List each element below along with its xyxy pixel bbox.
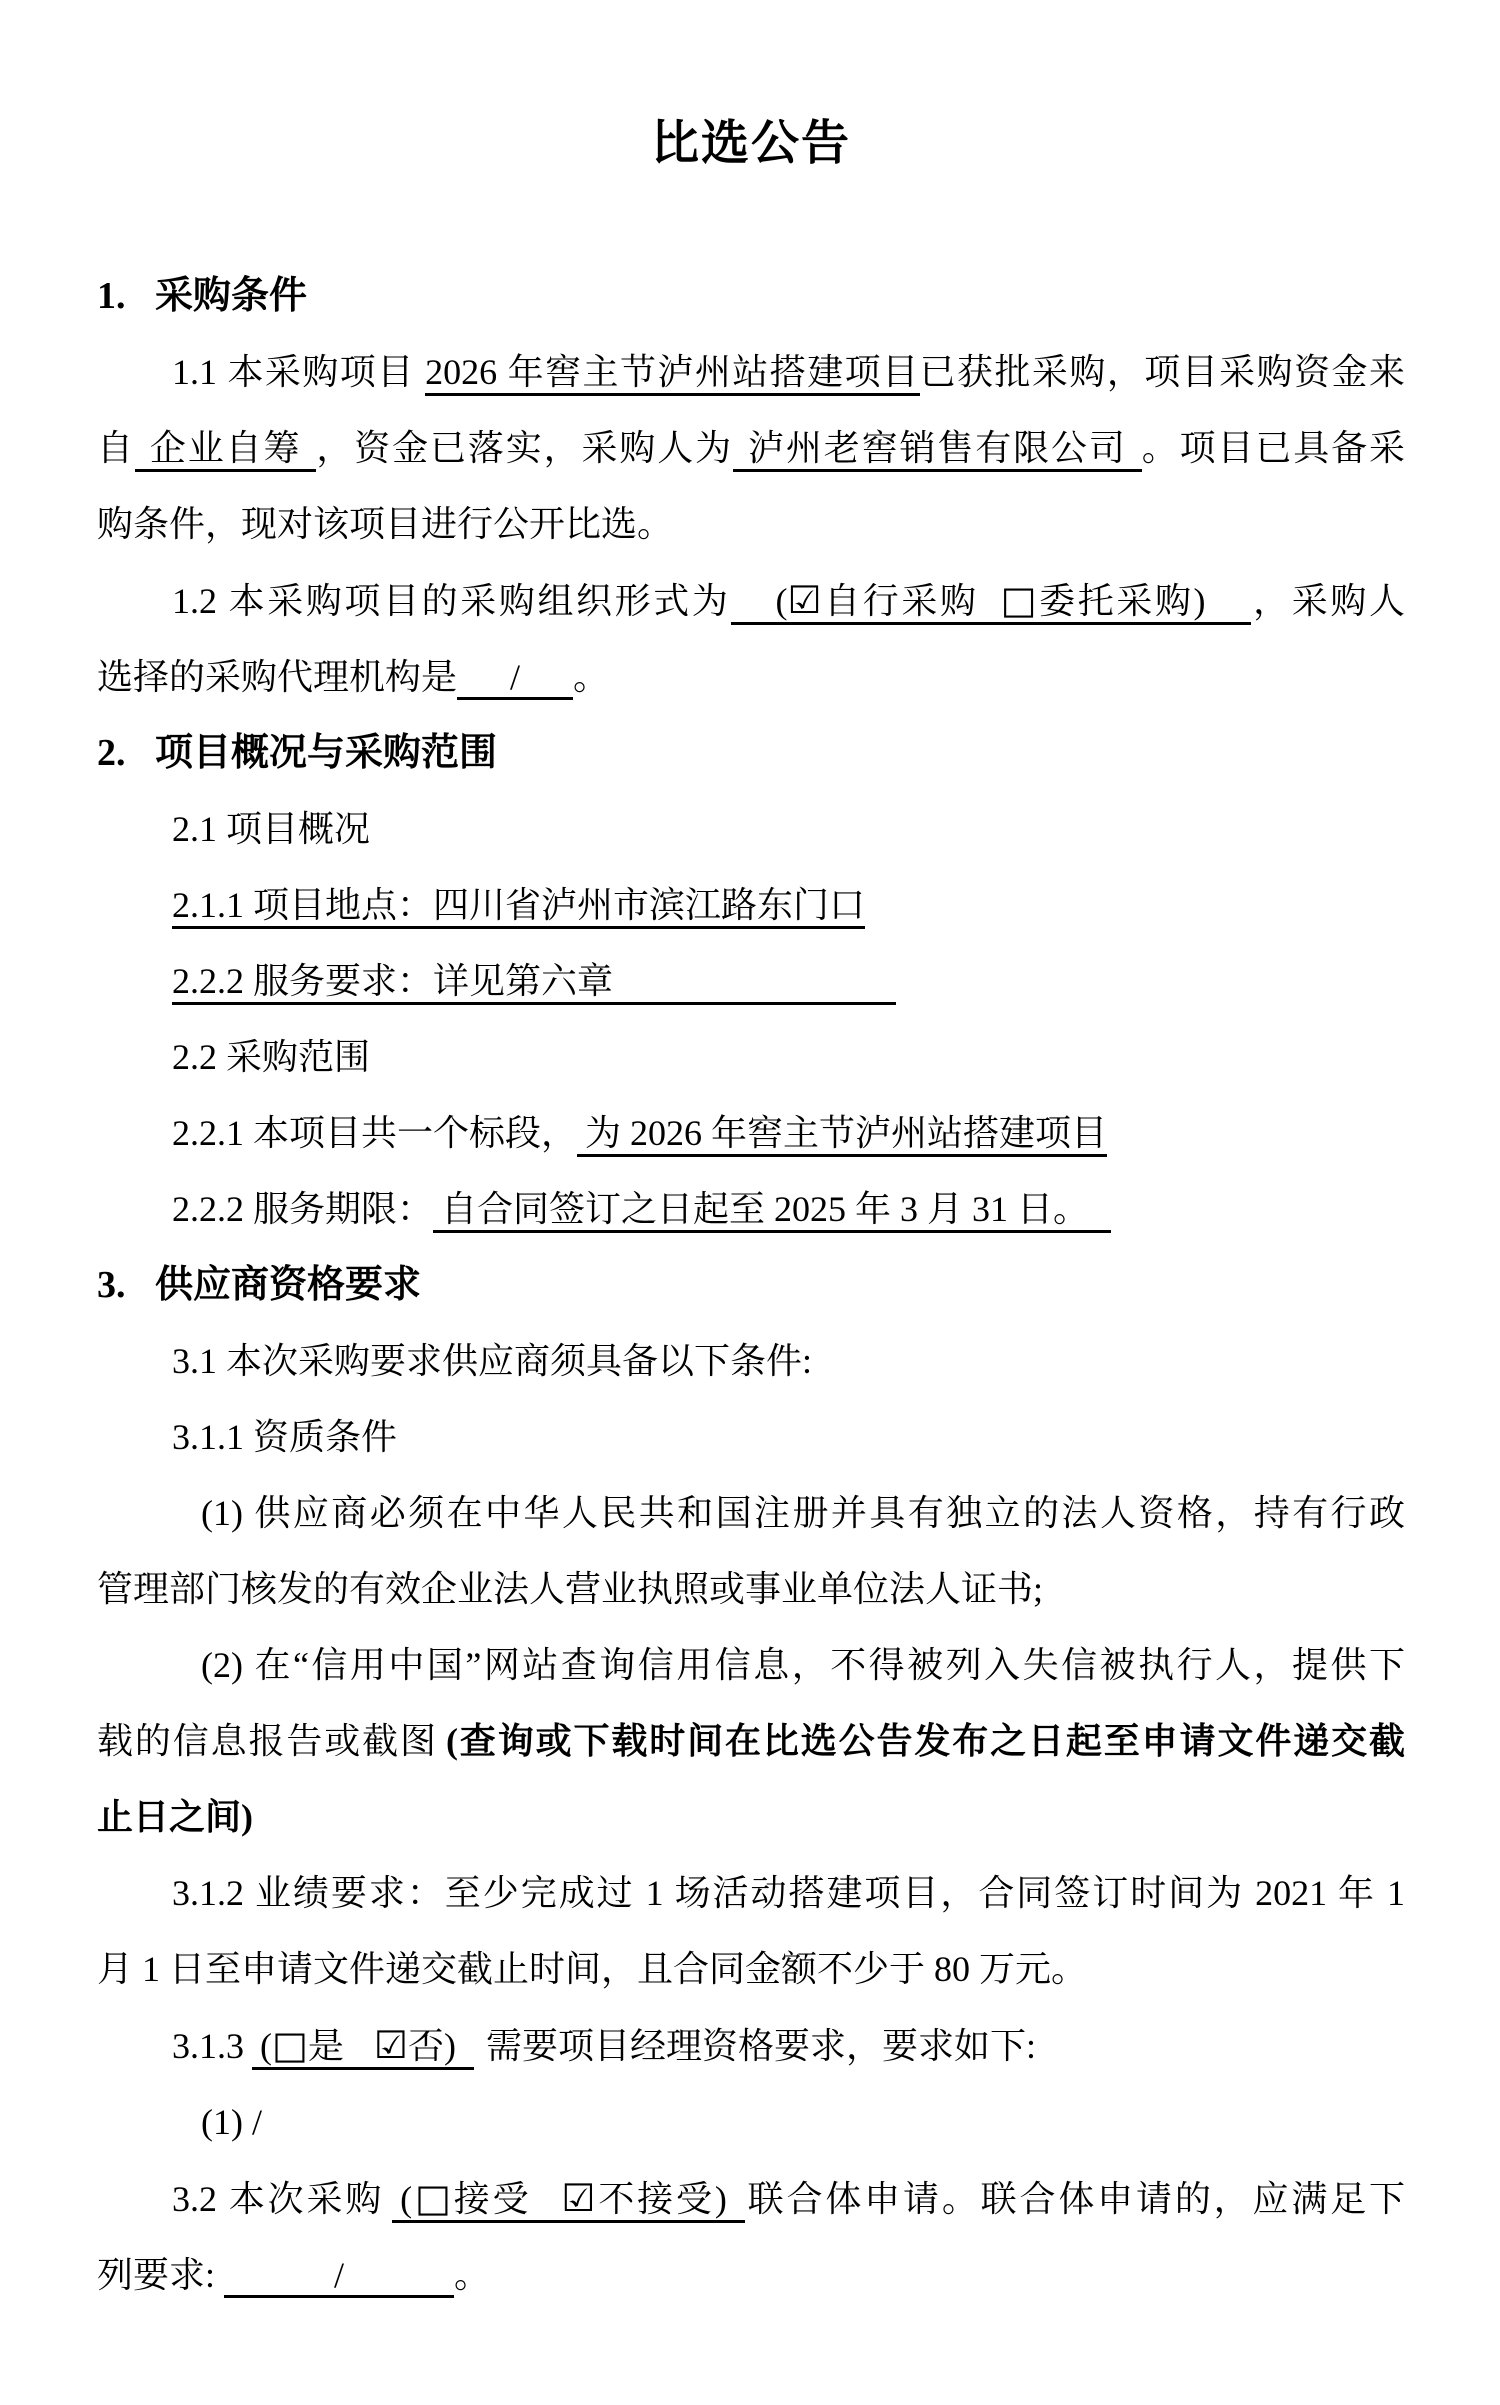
text-run: 3.1.2 业绩要求：至少完成过 1 场活动搭建项目，合同签订时间为 2021 … <box>172 1873 1405 1913</box>
text-run: 3.1 本次采购要求供应商须具备以下条件: <box>172 1341 812 1381</box>
para-2-1: 2.1 项目概况 <box>97 791 1405 867</box>
option-no: 否) <box>408 2026 456 2066</box>
para-3-1-2-line-1: 3.1.2 业绩要求：至少完成过 1 场活动搭建项目，合同签订时间为 2021 … <box>97 1855 1405 1931</box>
underline-procurement-form: (☑自行采购□委托采购) <box>731 581 1251 625</box>
para-3-2-line-2: 列要求: /。 <box>97 2237 1405 2313</box>
checkbox-unchecked-icon: □ <box>272 2023 308 2067</box>
text-run: (1) 供应商必须在中华人民共和国注册并具有独立的法人资格，持有行政 <box>201 1493 1405 1533</box>
section-2-heading: 2.项目概况与采购范围 <box>97 715 1405 791</box>
underline-bid-section-name: 为 2026 年窖主节泸州站搭建项目 <box>577 1113 1107 1157</box>
page: { "doc": { "title": "比选公告", "glyphs": { … <box>0 0 1500 2405</box>
text-run: 。项目已具备采 <box>1142 428 1405 468</box>
para-1-1-line-1: 1.1 本采购项目 2026 年窖主节泸州站搭建项目已获批采购，项目采购资金来 <box>97 334 1405 410</box>
para-2-2-1: 2.2.1 本项目共一个标段，为 2026 年窖主节泸州站搭建项目 <box>97 1095 1405 1171</box>
text-run: 需要项目经理资格要求，要求如下: <box>486 2026 1036 2066</box>
option-accept: 接受 <box>454 2179 532 2219</box>
text-run: ( <box>400 2179 412 2219</box>
text-run: (1) / <box>201 2102 262 2142</box>
text-run: 3.1.1 资质条件 <box>172 1417 397 1457</box>
option-entrusted-procurement: 委托采购) <box>1039 581 1205 621</box>
para-q1-line-2: 管理部门核发的有效企业法人营业执照或事业单位法人证书; <box>97 1551 1405 1627</box>
document-page: 比选公告 1.采购条件 1.1 本采购项目 2026 年窖主节泸州站搭建项目已获… <box>0 112 1500 2313</box>
text-run: 联合体申请。联合体申请的，应满足下 <box>745 2179 1405 2219</box>
text-run: (2) 在“信用中国”网站查询信用信息，不得被列入失信被执行人，提供下 <box>201 1645 1405 1685</box>
para-1-2-line-1: 1.2 本采购项目的采购组织形式为(☑自行采购□委托采购)，采购人 <box>97 562 1405 639</box>
bold-credit-check-note: (查询或下载时间在比选公告发布之日起至申请文件递交截 <box>446 1721 1405 1761</box>
text-run: ( <box>776 581 788 621</box>
text-run: 。 <box>573 657 609 697</box>
text-run: 选择的采购代理机构是 <box>97 657 457 697</box>
blank-consortium-field: / <box>224 2255 454 2298</box>
text-run: 1.2 本采购项目的采购组织形式为 <box>172 581 731 621</box>
underline-service-requirement: 2.2.2 服务要求：详见第六章 <box>172 961 896 1005</box>
para-3-1: 3.1 本次采购要求供应商须具备以下条件: <box>97 1323 1405 1399</box>
underline-service-period: 自合同签订之日起至 2025 年 3 月 31 日。 <box>433 1189 1111 1233</box>
text-run: ( <box>260 2026 272 2066</box>
underline-purchaser-name: 泸州老窖销售有限公司 <box>733 428 1142 472</box>
section-1-heading: 1.采购条件 <box>97 258 1405 334</box>
para-q2-line-3: 止日之间) <box>97 1779 1405 1855</box>
text-run: 载的信息报告或截图 <box>97 1721 438 1761</box>
para-2-2: 2.2 采购范围 <box>97 1019 1405 1095</box>
para-2-2-2-service-period: 2.2.2 服务期限：自合同签订之日起至 2025 年 3 月 31 日。 <box>97 1171 1405 1247</box>
blank-agency-field: / <box>457 657 573 700</box>
section-2-title: 项目概况与采购范围 <box>155 732 497 774</box>
text-run: 管理部门核发的有效企业法人营业执照或事业单位法人证书; <box>97 1569 1043 1609</box>
checkbox-checked-icon: ☑ <box>374 2023 408 2067</box>
text-run: 已获批采购，项目采购资金来 <box>920 352 1405 392</box>
checkbox-unchecked-icon: □ <box>412 2176 454 2220</box>
para-q1-line-1: (1) 供应商必须在中华人民共和国注册并具有独立的法人资格，持有行政 <box>97 1475 1405 1551</box>
section-3-title: 供应商资格要求 <box>155 1264 421 1306</box>
text-run: 1.1 本采购项目 <box>172 352 425 392</box>
text-run: ，采购人 <box>1251 581 1405 621</box>
text-run: 自 <box>97 428 135 468</box>
text-run: 2.2 采购范围 <box>172 1037 370 1077</box>
text-run: 购条件，现对该项目进行公开比选。 <box>97 504 673 544</box>
para-1-1-line-2: 自企业自筹，资金已落实，采购人为泸州老窖销售有限公司。项目已具备采 <box>97 410 1405 486</box>
para-3-1-1: 3.1.1 资质条件 <box>97 1399 1405 1475</box>
para-1-2-line-2: 选择的采购代理机构是/。 <box>97 639 1405 715</box>
para-2-1-1: 2.1.1 项目地点：四川省泸州市滨江路东门口 <box>97 867 1405 943</box>
section-2-number: 2. <box>97 715 155 791</box>
section-1-number: 1. <box>97 258 155 334</box>
para-1-1-line-3: 购条件，现对该项目进行公开比选。 <box>97 486 1405 562</box>
option-yes: 是 <box>308 2026 344 2066</box>
para-q2-line-1: (2) 在“信用中国”网站查询信用信息，不得被列入失信被执行人，提供下 <box>97 1627 1405 1703</box>
para-3-2-line-1: 3.2 本次采购(□接受☑不接受)联合体申请。联合体申请的，应满足下 <box>97 2160 1405 2237</box>
underline-consortium-option: (□接受☑不接受) <box>392 2179 745 2223</box>
text-run: 3.1.3 <box>172 2026 244 2066</box>
para-2-2-2-service-req: 2.2.2 服务要求：详见第六章 <box>97 943 1405 1019</box>
text-run: 3.2 本次采购 <box>172 2179 384 2219</box>
para-q1b: (1) / <box>97 2084 1405 2160</box>
text-run: 2.1 项目概况 <box>172 809 370 849</box>
text-run: 2.2.2 服务期限： <box>172 1189 433 1229</box>
underline-project-name: 2026 年窖主节泸州站搭建项目 <box>425 352 919 396</box>
option-self-procurement: 自行采购 <box>822 581 979 621</box>
checkbox-checked-icon: ☑ <box>561 2176 595 2220</box>
underline-project-location: 2.1.1 项目地点：四川省泸州市滨江路东门口 <box>172 885 865 929</box>
checkbox-checked-icon: ☑ <box>788 578 822 622</box>
para-3-1-3: 3.1.3(□是☑否)需要项目经理资格要求，要求如下: <box>97 2007 1405 2084</box>
underline-funding-source: 企业自筹 <box>135 428 317 472</box>
text-run: 2.2.1 本项目共一个标段， <box>172 1113 577 1153</box>
option-not-accept: 不接受) <box>596 2179 727 2219</box>
section-3-heading: 3.供应商资格要求 <box>97 1247 1405 1323</box>
bold-credit-check-note-end: 止日之间) <box>97 1797 253 1837</box>
checkbox-unchecked-icon: □ <box>1001 578 1040 622</box>
text-run: 月 1 日至申请文件递交截止时间，且合同金额不少于 80 万元。 <box>97 1949 1087 1989</box>
section-1-title: 采购条件 <box>155 275 307 317</box>
text-run: ，资金已落实，采购人为 <box>316 428 733 468</box>
section-3-number: 3. <box>97 1247 155 1323</box>
document-title: 比选公告 <box>97 112 1405 176</box>
text-run: 列要求: <box>97 2255 224 2295</box>
underline-pm-requirement-option: (□是☑否) <box>252 2026 474 2070</box>
para-3-1-2-line-2: 月 1 日至申请文件递交截止时间，且合同金额不少于 80 万元。 <box>97 1931 1405 2007</box>
text-run: 。 <box>454 2255 490 2295</box>
para-q2-line-2: 载的信息报告或截图(查询或下载时间在比选公告发布之日起至申请文件递交截 <box>97 1703 1405 1779</box>
